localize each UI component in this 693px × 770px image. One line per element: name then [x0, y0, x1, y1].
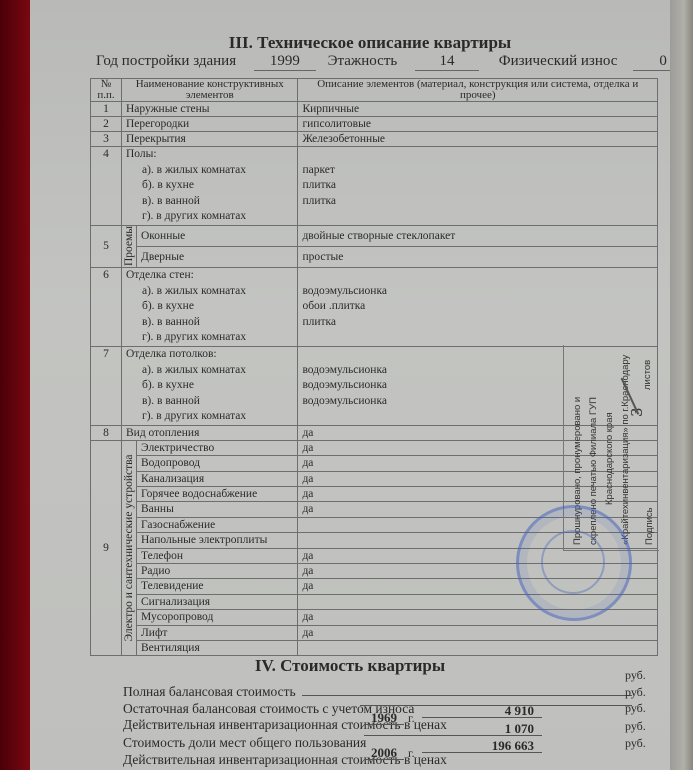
row-name: Газоснабжение: [137, 517, 298, 532]
row-name: Вентиляция: [137, 640, 298, 655]
table-row-openings: 5 Проемы Оконные двойные створные стекло…: [91, 225, 658, 246]
header-desc: Описание элементов (материал, конструкци…: [298, 79, 658, 102]
sub-item: б). в кухне: [126, 178, 293, 194]
sub-item: б). в кухне: [126, 299, 293, 315]
row-name: Отделка потолков: а). в жилых комнатах б…: [122, 346, 298, 425]
group-name: Отделка потолков:: [126, 347, 293, 363]
row-desc: Железобетонные: [298, 132, 658, 147]
sub-desc: [302, 330, 653, 346]
row-name: Вид отопления: [122, 425, 298, 440]
row-name: Оконные: [137, 225, 298, 246]
row-name: Телефон: [137, 548, 298, 563]
section-4-title: IV. Стоимость квартиры: [30, 656, 670, 676]
page-edge: [670, 0, 693, 770]
group-label-openings: Проемы: [122, 225, 137, 267]
year-suffix: г.: [408, 746, 415, 761]
row-desc: двойные створные стеклопакет: [298, 225, 658, 246]
table-row: 3 Перекрытия Железобетонные: [91, 132, 658, 147]
floors-label: Этажность: [328, 53, 398, 70]
cost-label: Стоимость доли мест общего пользования: [123, 735, 366, 751]
row-num: 6: [91, 267, 122, 346]
group-name: Полы:: [126, 147, 293, 163]
currency-label: руб.: [625, 736, 646, 751]
row-name: Электричество: [137, 440, 298, 455]
currency-label: руб.: [625, 668, 646, 683]
table-row-walls: 6 Отделка стен: а). в жилых комнатах б).…: [91, 267, 658, 346]
table-row-floors: 4 Полы: а). в жилых комнатах б). в кухне…: [91, 147, 658, 226]
table-header: № п.п. Наименование конструктивных элеме…: [91, 79, 658, 102]
stamp-line-3: Краснодарского края: [604, 412, 615, 505]
cost-value: 4 910: [422, 703, 542, 718]
year-label: Год постройки здания: [96, 53, 236, 70]
wear-label: Физический износ: [499, 53, 618, 70]
currency-label: руб.: [625, 701, 646, 716]
row-name: Перекрытия: [122, 132, 298, 147]
sub-item: г). в других комнатах: [126, 209, 293, 225]
row-name: Дверные: [137, 246, 298, 267]
header-num: № п.п.: [91, 79, 122, 102]
row-name: Канализация: [137, 471, 298, 486]
row-name: Сигнализация: [137, 594, 298, 609]
row-num: 1: [91, 102, 122, 117]
sub-item: г). в других комнатах: [126, 330, 293, 346]
table-row: 2 Перегородки гипсолитовые: [91, 117, 658, 132]
row-name: Перегородки: [122, 117, 298, 132]
year-value: 1999: [254, 53, 316, 71]
vertical-label: Электро и сантехнические устройства: [122, 455, 136, 642]
row-name: Отделка стен: а). в жилых комнатах б). в…: [122, 267, 298, 346]
table-row-utility: Вентиляция: [91, 640, 658, 655]
group-label-utilities: Электро и сантехнические устройства: [122, 440, 137, 655]
currency-label: руб.: [625, 685, 646, 700]
row-name: Напольные электроплиты: [137, 533, 298, 548]
row-desc: [298, 640, 658, 655]
row-name: Радио: [137, 564, 298, 579]
table-row: 1 Наружные стены Кирпичные: [91, 102, 658, 117]
table-row-openings: Дверные простые: [91, 246, 658, 267]
row-num: 2: [91, 117, 122, 132]
vertical-label: Проемы: [122, 226, 136, 266]
row-num: 4: [91, 147, 122, 226]
building-meta: Год постройки здания 1999 Этажность 14 Ф…: [96, 53, 693, 71]
row-desc: водоэмульсионка обои .плитка плитка: [298, 267, 658, 346]
currency-label: руб.: [625, 719, 646, 734]
sub-desc: водоэмульсионка: [302, 284, 653, 300]
sub-desc: плитка: [302, 194, 653, 210]
section-3-title: III. Техническое описание квартиры: [90, 33, 650, 53]
official-seal: [516, 505, 632, 621]
sub-item: г). в других комнатах: [126, 409, 293, 425]
cost-value: 1 070: [364, 721, 542, 736]
cost-year: 2006: [364, 745, 404, 760]
sub-desc: [302, 209, 653, 225]
row-name: Наружные стены: [122, 102, 298, 117]
row-desc: да: [298, 625, 658, 640]
row-desc: паркет плитка плитка: [298, 147, 658, 226]
row-num: 7: [91, 346, 122, 425]
row-name: Горячее водоснабжение: [137, 487, 298, 502]
stamp-signature-label: Подпись: [644, 507, 655, 545]
row-num: 5: [91, 225, 122, 267]
sub-item: а). в жилых комнатах: [126, 163, 293, 179]
row-name: Водопровод: [137, 456, 298, 471]
row-desc: простые: [298, 246, 658, 267]
row-name: Мусоропровод: [137, 610, 298, 625]
floors-value: 14: [415, 53, 479, 71]
row-name: Лифт: [137, 625, 298, 640]
header-name: Наименование конструктивных элементов: [122, 79, 298, 102]
table-row-utility: Лифтда: [91, 625, 658, 640]
row-num: 3: [91, 132, 122, 147]
sub-item: в). в ванной: [126, 315, 293, 331]
sub-item: а). в жилых комнатах: [126, 363, 293, 379]
sub-item: б). в кухне: [126, 378, 293, 394]
row-num: 8: [91, 425, 122, 440]
sub-desc: паркет: [302, 163, 653, 179]
row-desc: Кирпичные: [298, 102, 658, 117]
row-desc: гипсолитовые: [298, 117, 658, 132]
row-name: Ванны: [137, 502, 298, 517]
sub-item: в). в ванной: [126, 394, 293, 410]
sub-desc: обои .плитка: [302, 299, 653, 315]
sub-item: а). в жилых комнатах: [126, 284, 293, 300]
group-name: Отделка стен:: [126, 268, 293, 284]
row-num: 9: [91, 440, 122, 655]
cost-label: Полная балансовая стоимость: [123, 684, 296, 700]
row-name: Полы: а). в жилых комнатах б). в кухне в…: [122, 147, 298, 226]
cost-value: 196 663: [422, 738, 542, 753]
sub-item: в). в ванной: [126, 194, 293, 210]
sub-desc: плитка: [302, 315, 653, 331]
sub-desc: плитка: [302, 178, 653, 194]
row-name: Телевидение: [137, 579, 298, 594]
